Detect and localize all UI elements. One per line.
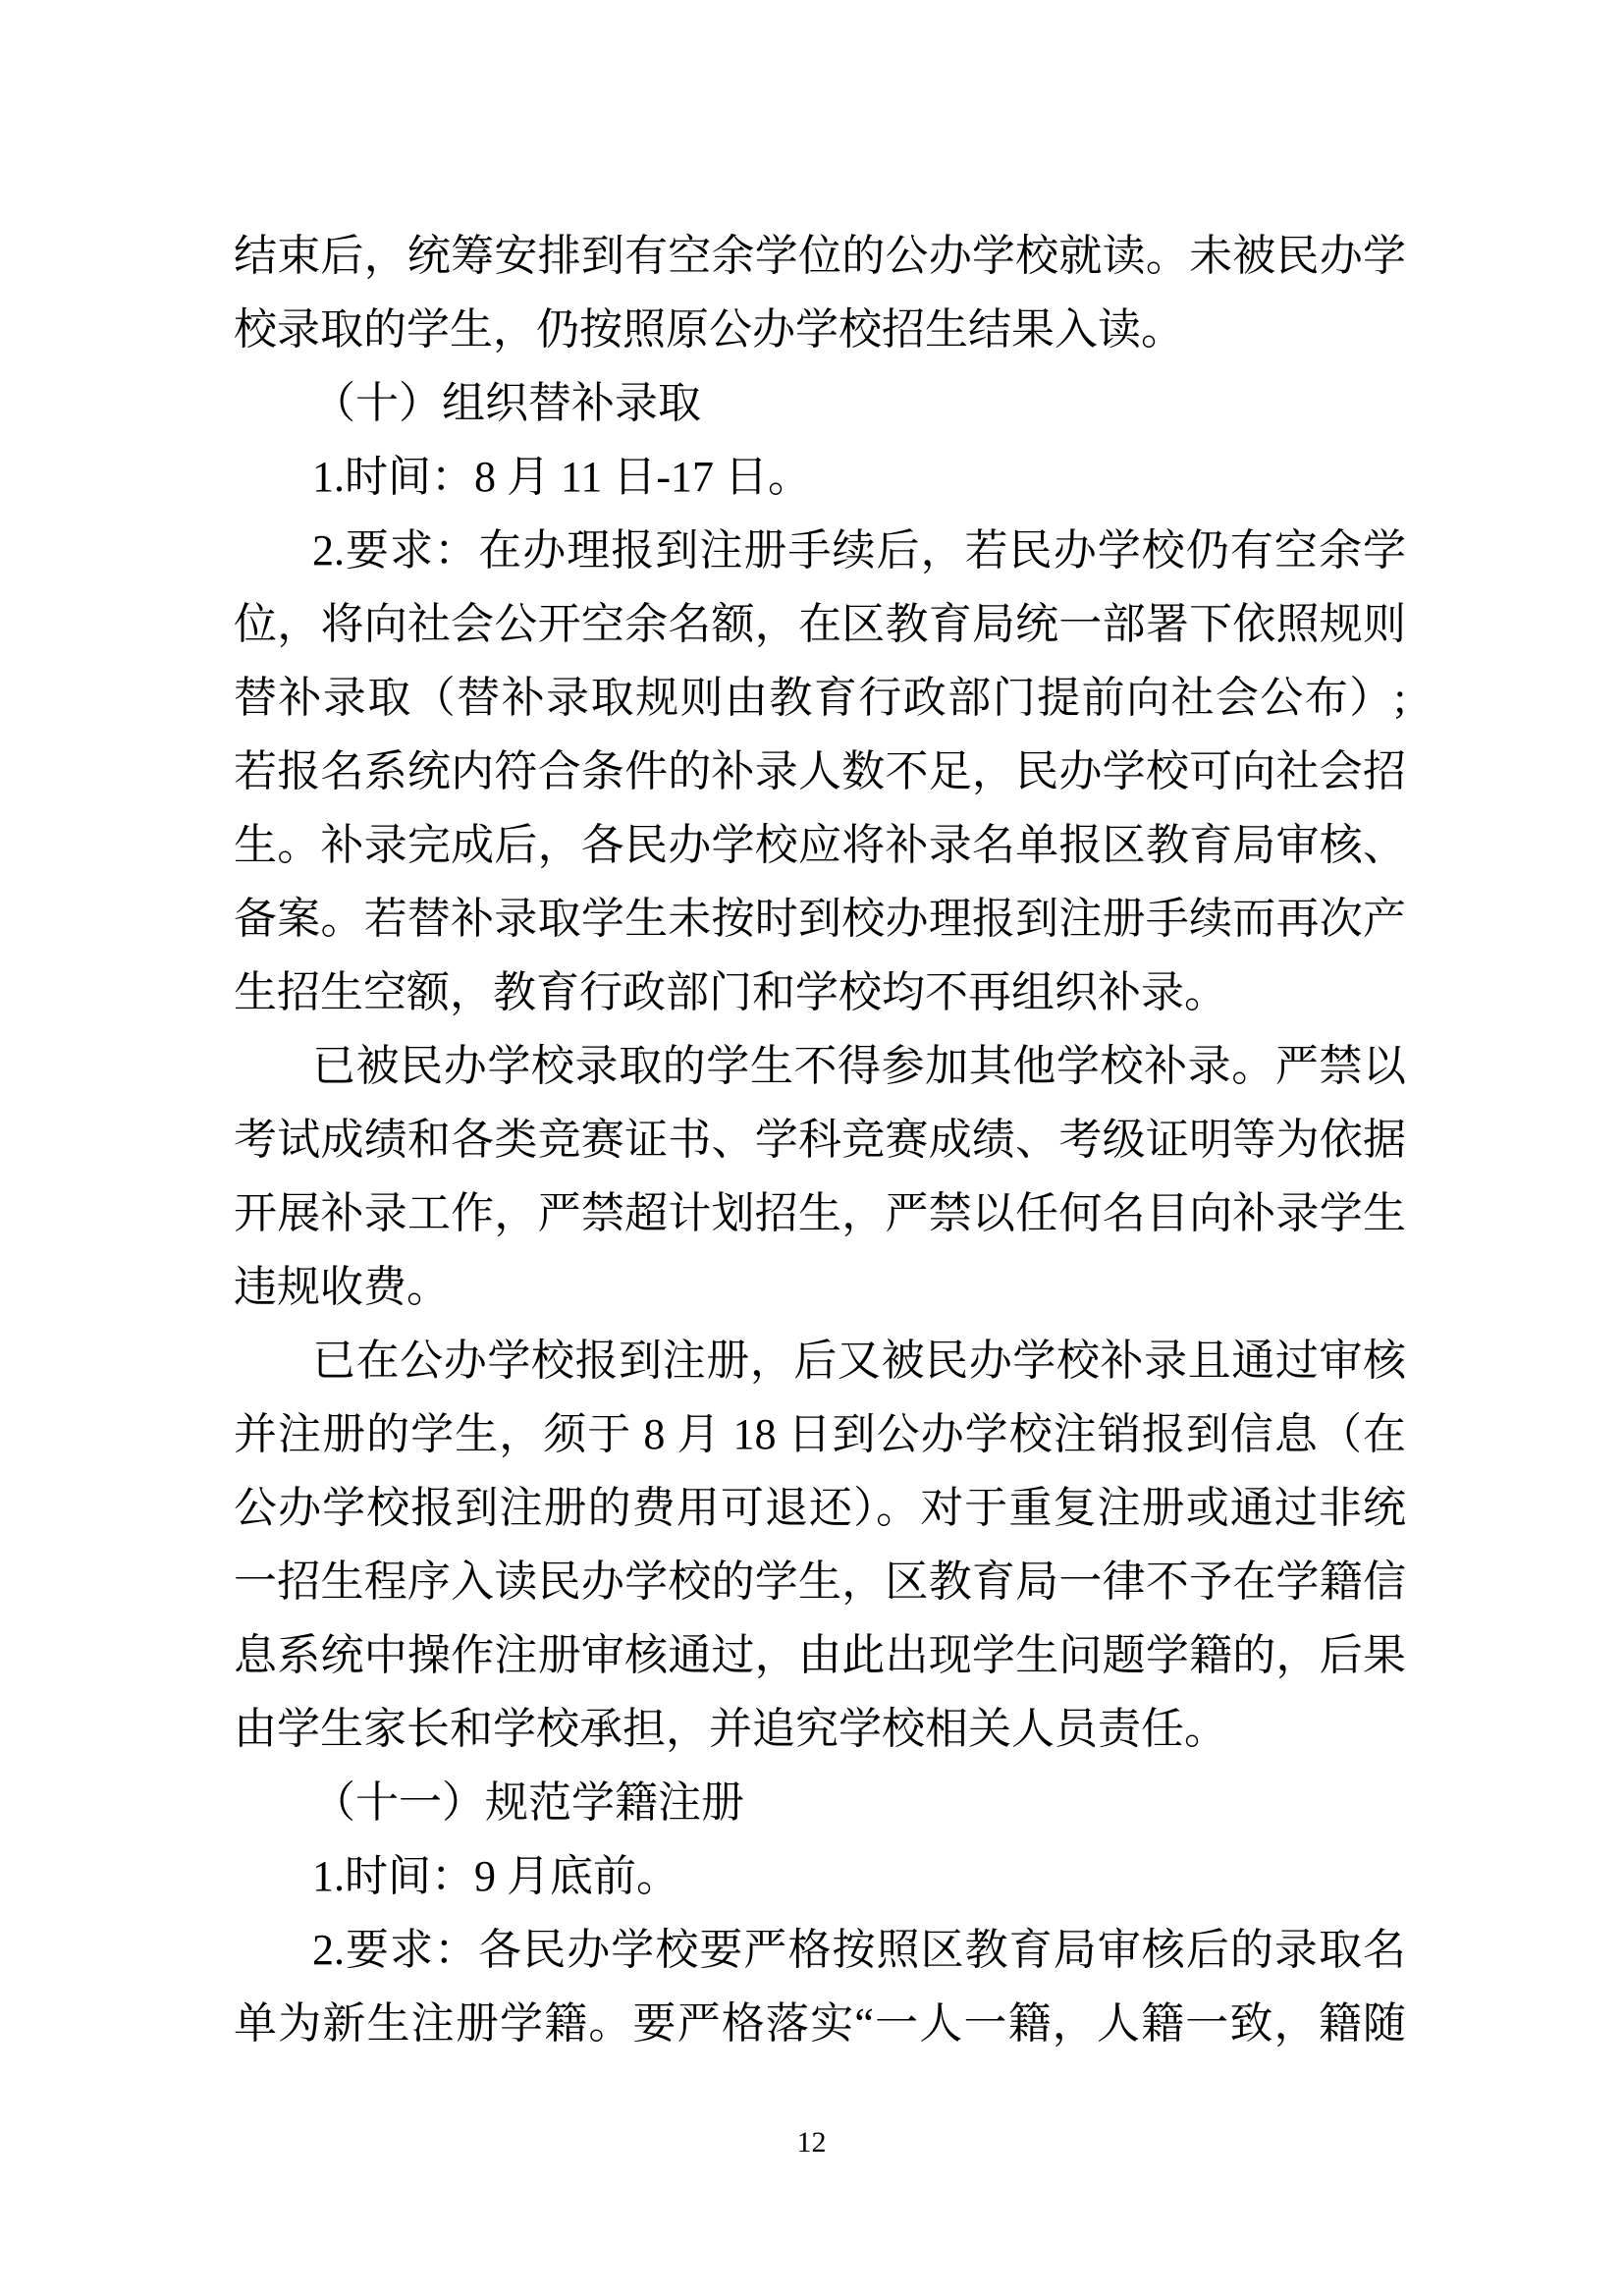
text-line: 由学生家长和学校承担，并追究学校相关人员责任。 <box>234 1692 1406 1766</box>
text-line: 已被民办学校录取的学生不得参加其他学校补录。严禁以 <box>234 1029 1406 1103</box>
text-line: 位，将向社会公开空余名额，在区教育局统一部署下依照规则 <box>234 587 1406 661</box>
page-number: 12 <box>0 2125 1623 2160</box>
text-line: 结束后，统筹安排到有空余学位的公办学校就读。未被民办学 <box>234 219 1406 293</box>
text-line: 校录取的学生，仍按照原公办学校招生结果入读。 <box>234 293 1406 366</box>
text-line: 生。补录完成后，各民办学校应将补录名单报区教育局审核、 <box>234 808 1406 882</box>
text-line: 公办学校报到注册的费用可退还）。对于重复注册或通过非统 <box>234 1471 1406 1545</box>
text-line: 息系统中操作注册审核通过，由此出现学生问题学籍的，后果 <box>234 1618 1406 1692</box>
text-line: 2.要求：各民办学校要严格按照区教育局审核后的录取名 <box>234 1913 1406 1987</box>
text-line: 并注册的学生，须于 8 月 18 日到公办学校注销报到信息（在 <box>234 1397 1406 1471</box>
text-line: 替补录取（替补录取规则由教育行政部门提前向社会公布）; <box>234 661 1406 735</box>
text-line: 若报名系统内符合条件的补录人数不足，民办学校可向社会招 <box>234 735 1406 808</box>
document-page: 结束后，统筹安排到有空余学位的公办学校就读。未被民办学校录取的学生，仍按照原公办… <box>0 0 1623 2296</box>
section-heading: （十）组织替补录取 <box>234 366 1406 440</box>
text-line: 开展补录工作，严禁超计划招生，严禁以任何名目向补录学生 <box>234 1176 1406 1250</box>
document-body: 结束后，统筹安排到有空余学位的公办学校就读。未被民办学校录取的学生，仍按照原公办… <box>234 219 1406 2060</box>
text-line: 违规收费。 <box>234 1250 1406 1324</box>
text-line: 考试成绩和各类竞赛证书、学科竞赛成绩、考级证明等为依据 <box>234 1103 1406 1176</box>
text-line: 备案。若替补录取学生未按时到校办理报到注册手续而再次产 <box>234 882 1406 956</box>
text-line: 生招生空额，教育行政部门和学校均不再组织补录。 <box>234 956 1406 1029</box>
text-line: 已在公办学校报到注册，后又被民办学校补录且通过审核 <box>234 1324 1406 1397</box>
text-line: 一招生程序入读民办学校的学生，区教育局一律不予在学籍信 <box>234 1545 1406 1618</box>
text-line: 1.时间：8 月 11 日-17 日。 <box>234 440 1406 514</box>
text-line: 2.要求：在办理报到注册手续后，若民办学校仍有空余学 <box>234 514 1406 587</box>
text-line: 单为新生注册学籍。要严格落实“一人一籍，人籍一致，籍随 <box>234 1987 1406 2060</box>
section-heading: （十一）规范学籍注册 <box>234 1766 1406 1839</box>
text-line: 1.时间：9 月底前。 <box>234 1839 1406 1913</box>
